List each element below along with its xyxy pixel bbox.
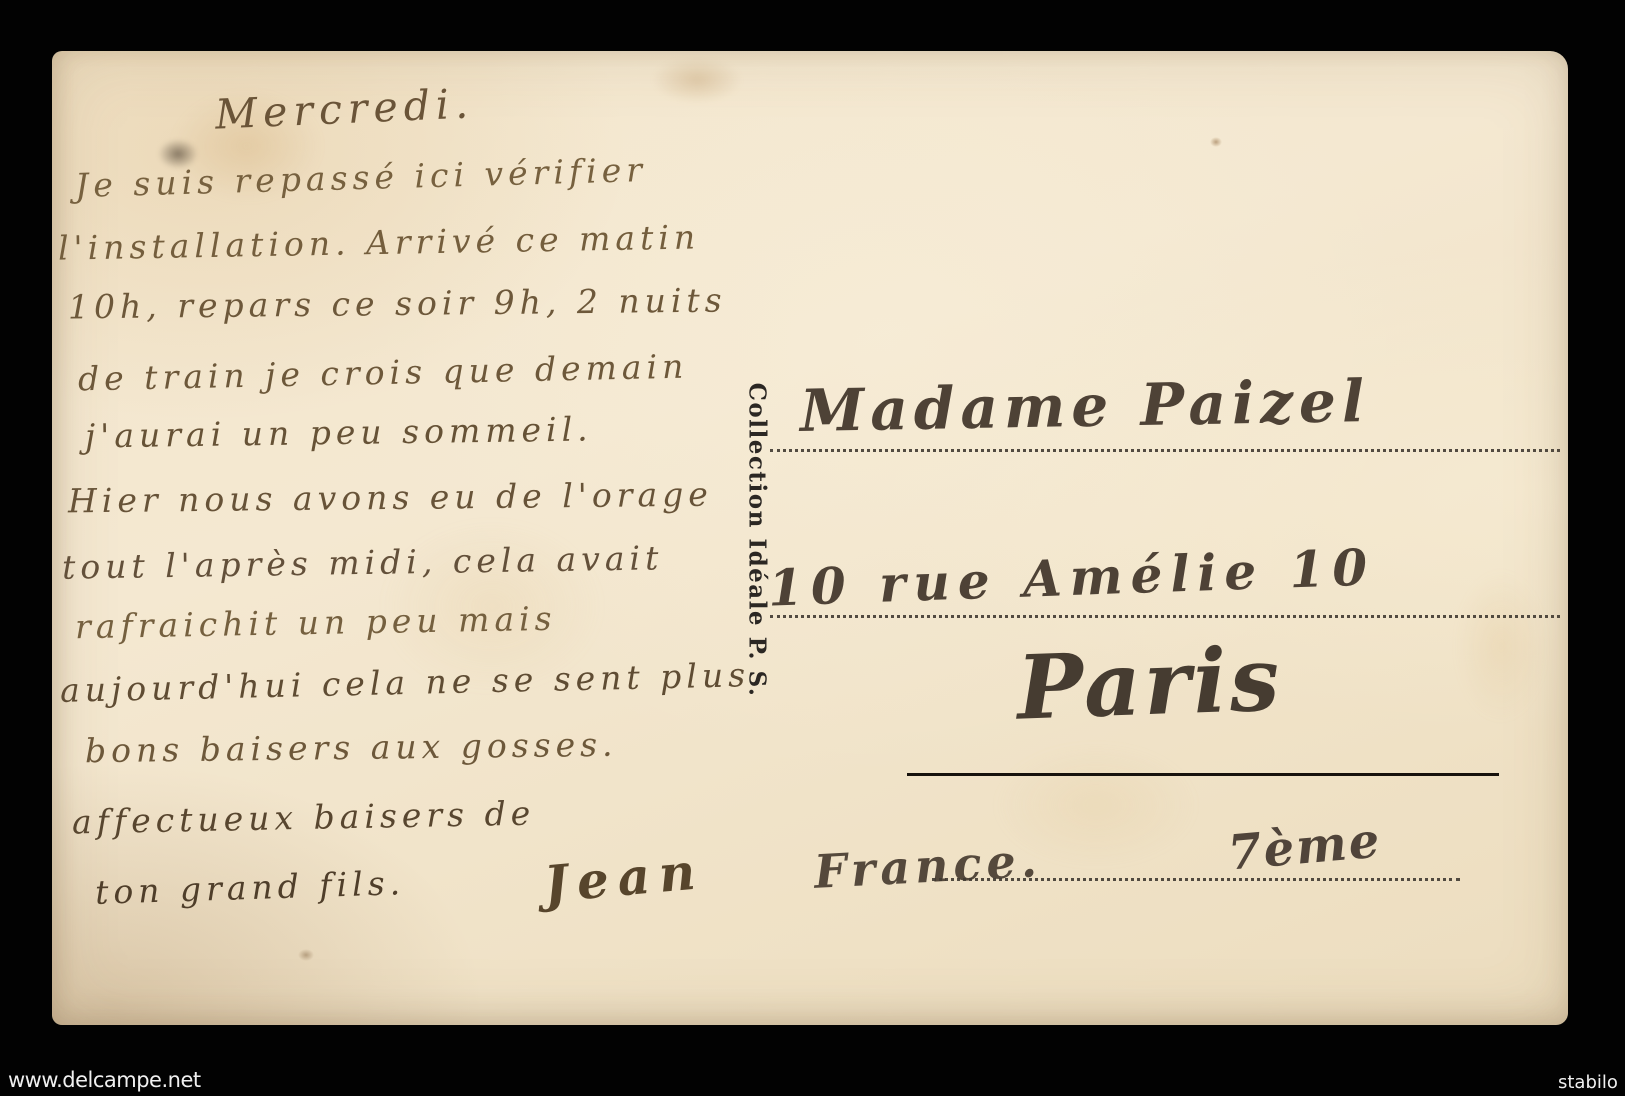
address-district: 7ème <box>1226 816 1383 877</box>
address-street: 10 rue Amélie 10 <box>767 542 1376 613</box>
age-stain <box>652 57 742 103</box>
dotted-address-line <box>770 615 1560 618</box>
watermark-delcampe: www.delcampe.net <box>8 1070 201 1091</box>
message-line: Je suis repassé ici vérifier <box>75 153 648 202</box>
postcard: Mercredi. Je suis repassé ici vérifier l… <box>52 51 1568 1025</box>
dotted-address-line <box>932 878 1460 881</box>
address-recipient: Madame Paizel <box>800 372 1371 440</box>
age-stain <box>1456 571 1546 721</box>
address-country: France. <box>813 837 1043 895</box>
message-line: l'installation. Arrivé ce matin <box>58 220 701 264</box>
message-line: Hier nous avons eu de l'orage <box>68 478 713 518</box>
message-line: ton grand fils. <box>95 866 406 909</box>
publisher-imprint: Collection Idéale P. S. <box>744 383 771 698</box>
scan-background: { "scan": { "background_color": "#020202… <box>0 0 1625 1096</box>
dotted-address-line <box>770 449 1560 452</box>
signature: Jean <box>542 846 706 910</box>
message-line: j'aurai un peu sommeil. <box>85 412 593 452</box>
age-speck <box>1210 137 1222 147</box>
watermark-stabilo: stabilo <box>1558 1074 1618 1092</box>
message-heading: Mercredi. <box>214 83 475 135</box>
message-line: affectueux baisers de <box>72 797 536 839</box>
age-speck <box>298 949 314 961</box>
solid-address-line <box>907 773 1499 776</box>
address-city: Paris <box>1016 634 1284 731</box>
message-line: de train je crois que demain <box>78 350 689 396</box>
message-line: tout l'après midi, cela avait <box>62 541 664 583</box>
message-line: rafraichit un peu mais <box>75 602 557 643</box>
message-line: bons baisers aux gosses. <box>85 728 618 768</box>
message-line: 10h, repars ce soir 9h, 2 nuits <box>68 284 727 324</box>
message-line: aujourd'hui cela ne se sent plus <box>60 658 751 707</box>
